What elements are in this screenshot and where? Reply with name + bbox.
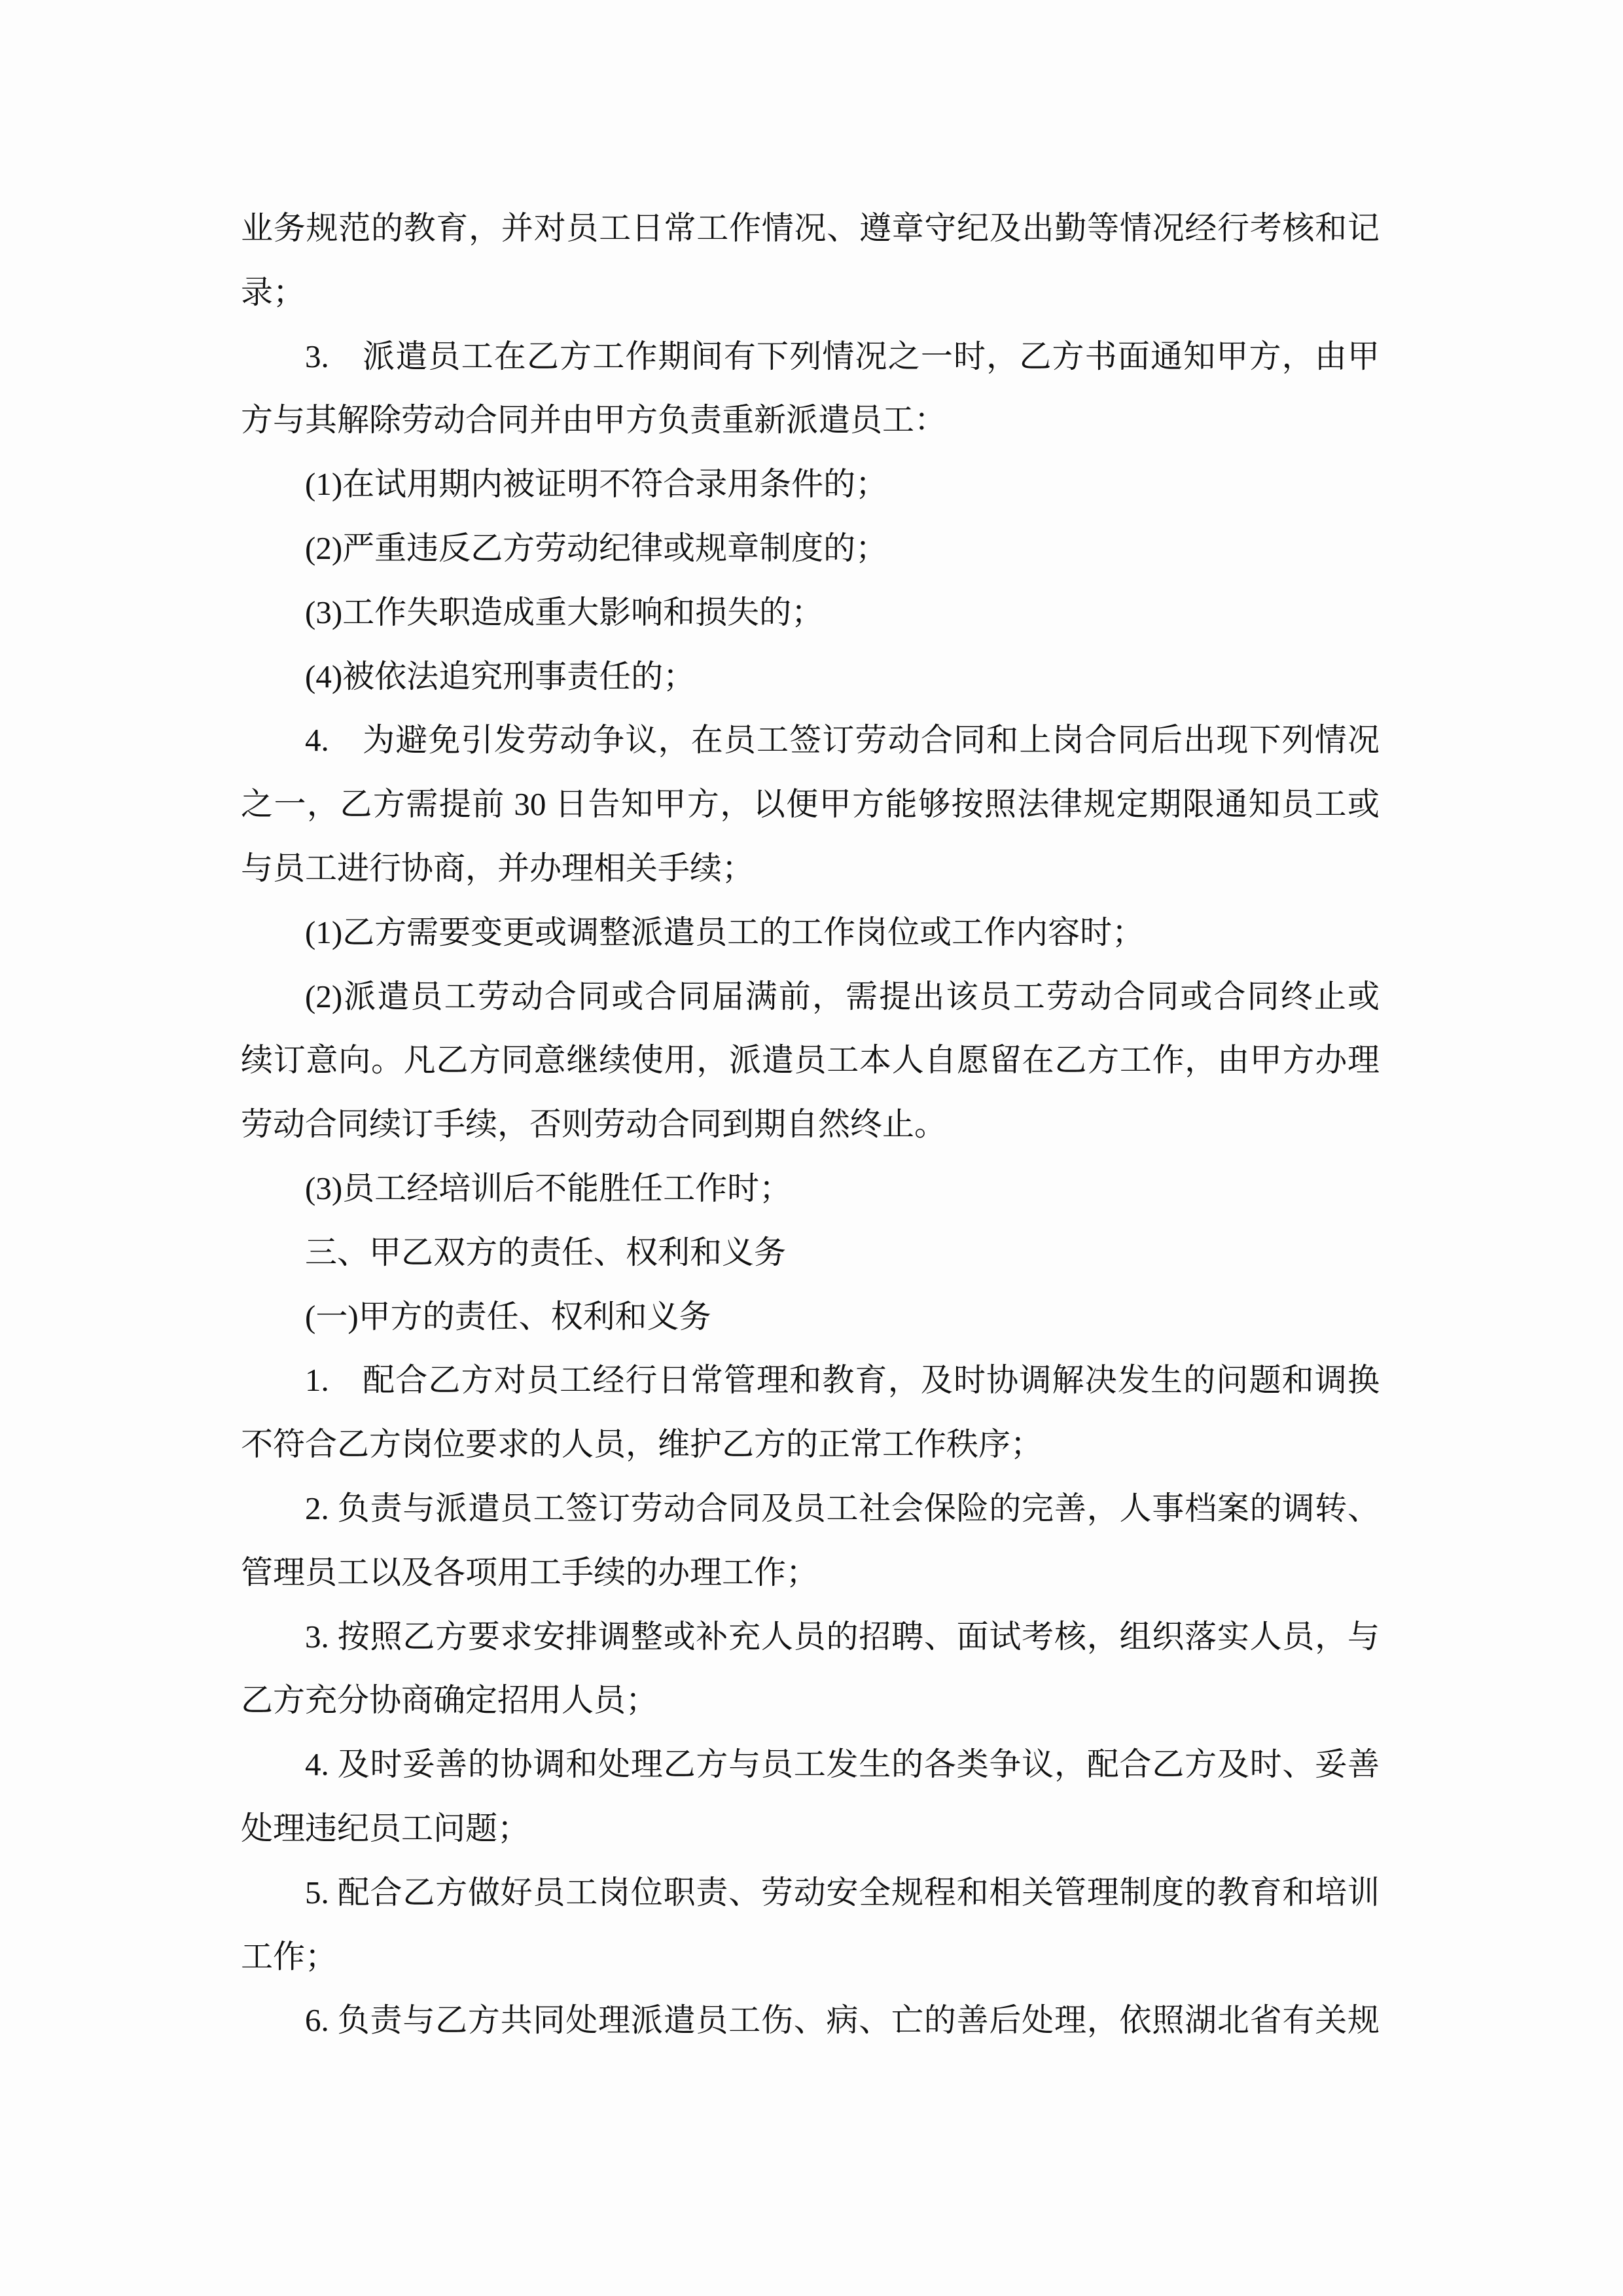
text-line: 工作； — [241, 1925, 1380, 1989]
text-line: 4. 为避免引发劳动争议，在员工签订劳动合同和上岗合同后出现下列情况 — [241, 708, 1380, 772]
text-line: 管理员工以及各项用工手续的办理工作； — [241, 1541, 1380, 1605]
text-line: (3)工作失职造成重大影响和损失的； — [241, 581, 1380, 645]
text-line: (2)严重违反乙方劳动纪律或规章制度的； — [241, 516, 1380, 581]
text-line: 业务规范的教育，并对员工日常工作情况、遵章守纪及出勤等情况经行考核和记 — [241, 196, 1380, 260]
text-line: 不符合乙方岗位要求的人员，维护乙方的正常工作秩序； — [241, 1412, 1380, 1477]
text-line: 方与其解除劳动合同并由甲方负责重新派遣员工： — [241, 388, 1380, 452]
text-line: 之一，乙方需提前 30 日告知甲方，以便甲方能够按照法律规定期限通知员工或 — [241, 772, 1380, 836]
text-line: (1)在试用期内被证明不符合录用条件的； — [241, 452, 1380, 516]
text-line: 续订意向。凡乙方同意继续使用，派遣员工本人自愿留在乙方工作，由甲方办理 — [241, 1028, 1380, 1092]
text-line: 乙方充分协商确定招用人员； — [241, 1668, 1380, 1732]
text-line: 6. 负责与乙方共同处理派遣员工伤、病、亡的善后处理，依照湖北省有关规 — [241, 1988, 1380, 2053]
text-line: (1)乙方需要变更或调整派遣员工的工作岗位或工作内容时； — [241, 901, 1380, 965]
text-line: 与员工进行协商，并办理相关手续； — [241, 836, 1380, 901]
text-line: 3. 按照乙方要求安排调整或补充人员的招聘、面试考核，组织落实人员，与 — [241, 1605, 1380, 1669]
text-line: (4)被依法追究刑事责任的； — [241, 645, 1380, 709]
text-line: 处理违纪员工问题； — [241, 1797, 1380, 1861]
text-line: 录； — [241, 260, 1380, 325]
text-line: 4. 及时妥善的协调和处理乙方与员工发生的各类争议，配合乙方及时、妥善 — [241, 1732, 1380, 1797]
document-body: 业务规范的教育，并对员工日常工作情况、遵章守纪及出勤等情况经行考核和记录；3. … — [241, 196, 1380, 2053]
text-line: 2. 负责与派遣员工签订劳动合同及员工社会保险的完善，人事档案的调转、 — [241, 1477, 1380, 1541]
text-line: 5. 配合乙方做好员工岗位职责、劳动安全规程和相关管理制度的教育和培训 — [241, 1861, 1380, 1925]
document-page: 业务规范的教育，并对员工日常工作情况、遵章守纪及出勤等情况经行考核和记录；3. … — [0, 0, 1623, 2296]
text-line: 1. 配合乙方对员工经行日常管理和教育，及时协调解决发生的问题和调换 — [241, 1348, 1380, 1412]
text-line: (2)派遣员工劳动合同或合同届满前，需提出该员工劳动合同或合同终止或 — [241, 965, 1380, 1029]
text-line: (一)甲方的责任、权利和义务 — [241, 1285, 1380, 1349]
text-line: 三、甲乙双方的责任、权利和义务 — [241, 1221, 1380, 1285]
text-line: 劳动合同续订手续，否则劳动合同到期自然终止。 — [241, 1092, 1380, 1157]
text-line: 3. 派遣员工在乙方工作期间有下列情况之一时，乙方书面通知甲方，由甲 — [241, 325, 1380, 389]
text-line: (3)员工经培训后不能胜任工作时； — [241, 1157, 1380, 1221]
